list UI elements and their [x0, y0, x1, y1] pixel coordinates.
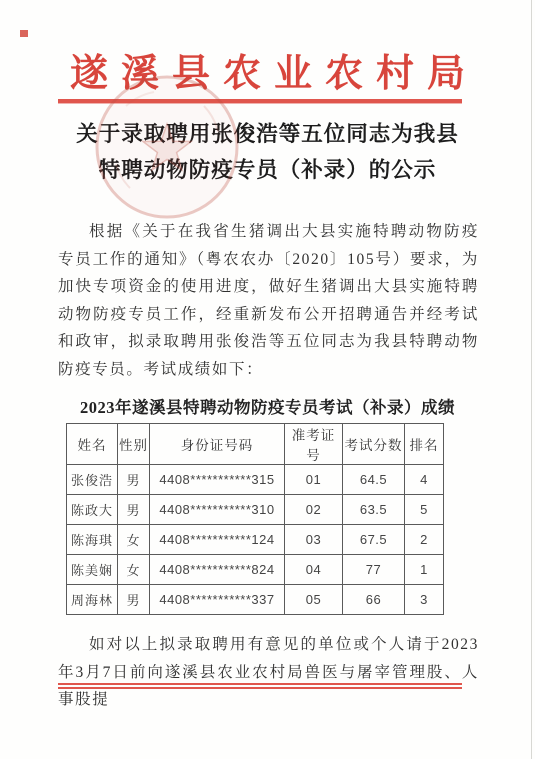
- col-header-rank: 排名: [405, 424, 444, 465]
- agency-header: 遂溪县农业农村局: [0, 42, 535, 97]
- intro-paragraph: 根据《关于在我省生猪调出大县实施特聘动物防疫专员工作的通知》（粤农农办〔2020…: [58, 218, 479, 383]
- header-red-rule: [58, 99, 462, 103]
- table-header-row: 姓名 性别 身份证号码 准考证号 考试分数 排名: [67, 424, 444, 465]
- table-row: 周海林 男 4408***********337 05 66 3: [67, 585, 444, 615]
- page-edge-line: [531, 0, 532, 759]
- col-header-gender: 性别: [118, 424, 150, 465]
- table-row: 张俊浩 男 4408***********315 01 64.5 4: [67, 465, 444, 495]
- footer-red-rule: [58, 683, 462, 689]
- table-row: 陈美娴 女 4408***********824 04 77 1: [67, 555, 444, 585]
- document-page: 遂溪县农业农村局 关于录取聘用张俊浩等五位同志为我县 特聘动物防疫专员（补录）的…: [0, 0, 535, 759]
- col-header-score: 考试分数: [343, 424, 405, 465]
- col-header-id: 身份证号码: [150, 424, 285, 465]
- score-table: 姓名 性别 身份证号码 准考证号 考试分数 排名 张俊浩 男 4408*****…: [66, 423, 444, 615]
- score-table-title: 2023年遂溪县特聘动物防疫专员考试（补录）成绩: [38, 394, 497, 418]
- document-title: 关于录取聘用张俊浩等五位同志为我县 特聘动物防疫专员（补录）的公示: [38, 116, 497, 188]
- col-header-exam-no: 准考证号: [285, 424, 343, 465]
- red-corner-mark: [20, 30, 28, 37]
- document-title-line2: 特聘动物防疫专员（补录）的公示: [38, 152, 497, 188]
- closing-paragraph: 如对以上拟录取聘用有意见的单位或个人请于2023年3月7日前向遂溪县农业农村局兽…: [58, 631, 479, 714]
- table-row: 陈海琪 女 4408***********124 03 67.5 2: [67, 525, 444, 555]
- col-header-name: 姓名: [67, 424, 118, 465]
- table-row: 陈政大 男 4408***********310 02 63.5 5: [67, 495, 444, 525]
- document-title-line1: 关于录取聘用张俊浩等五位同志为我县: [38, 116, 497, 152]
